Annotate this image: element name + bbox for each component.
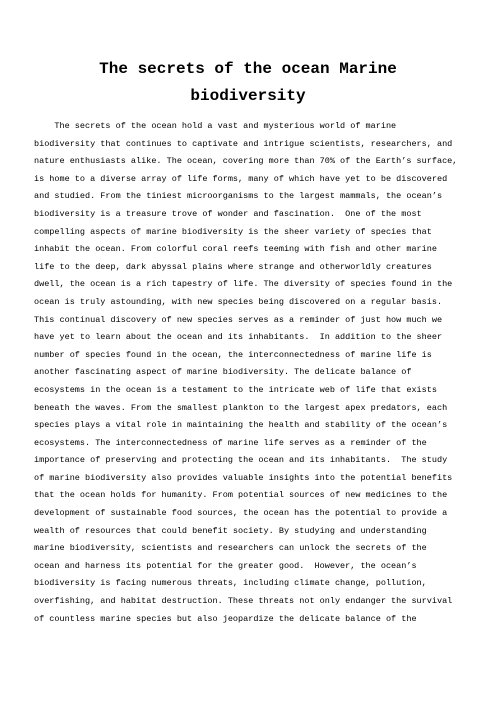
document-page: The secrets of the ocean Marine biodiver… <box>0 0 496 702</box>
body-line: have yet to learn about the ocean and it… <box>34 329 466 347</box>
body-line: of marine biodiversity also provides val… <box>34 470 466 488</box>
body-line: compelling aspects of marine biodiversit… <box>34 224 466 242</box>
body-line: biodiversity is a treasure trove of wond… <box>34 206 466 224</box>
body-line: inhabit the ocean. From colorful coral r… <box>34 241 466 259</box>
body-line: The secrets of the ocean hold a vast and… <box>34 118 466 136</box>
body-line: of countless marine species but also jeo… <box>34 611 466 629</box>
body-line: beneath the waves. From the smallest pla… <box>34 400 466 418</box>
body-line: species plays a vital role in maintainin… <box>34 417 466 435</box>
body-line: ocean is truly astounding, with new spec… <box>34 294 466 312</box>
body-line: number of species found in the ocean, th… <box>34 347 466 365</box>
body-line: biodiversity is facing numerous threats,… <box>34 575 466 593</box>
body-line: wealth of resources that could benefit s… <box>34 523 466 541</box>
body-line: overfishing, and habitat destruction. Th… <box>34 593 466 611</box>
document-body: The secrets of the ocean hold a vast and… <box>0 118 496 628</box>
body-line: ecosystems. The interconnectedness of ma… <box>34 435 466 453</box>
body-line: This continual discovery of new species … <box>34 312 466 330</box>
body-line: dwell, the ocean is a rich tapestry of l… <box>34 276 466 294</box>
body-line: development of sustainable food sources,… <box>34 505 466 523</box>
body-line: and studied. From the tiniest microorgan… <box>34 188 466 206</box>
body-line: that the ocean holds for humanity. From … <box>34 487 466 505</box>
body-line: is home to a diverse array of life forms… <box>34 171 466 189</box>
body-line: life to the deep, dark abyssal plains wh… <box>34 259 466 277</box>
body-line: ocean and harness its potential for the … <box>34 558 466 576</box>
document-title: The secrets of the ocean Marine biodiver… <box>87 56 409 110</box>
body-line: another fascinating aspect of marine bio… <box>34 364 466 382</box>
body-line: ecosystems in the ocean is a testament t… <box>34 382 466 400</box>
body-line: nature enthusiasts alike. The ocean, cov… <box>34 153 466 171</box>
body-line: importance of preserving and protecting … <box>34 452 466 470</box>
body-line: biodiversity that continues to captivate… <box>34 136 466 154</box>
body-line: marine biodiversity, scientists and rese… <box>34 540 466 558</box>
